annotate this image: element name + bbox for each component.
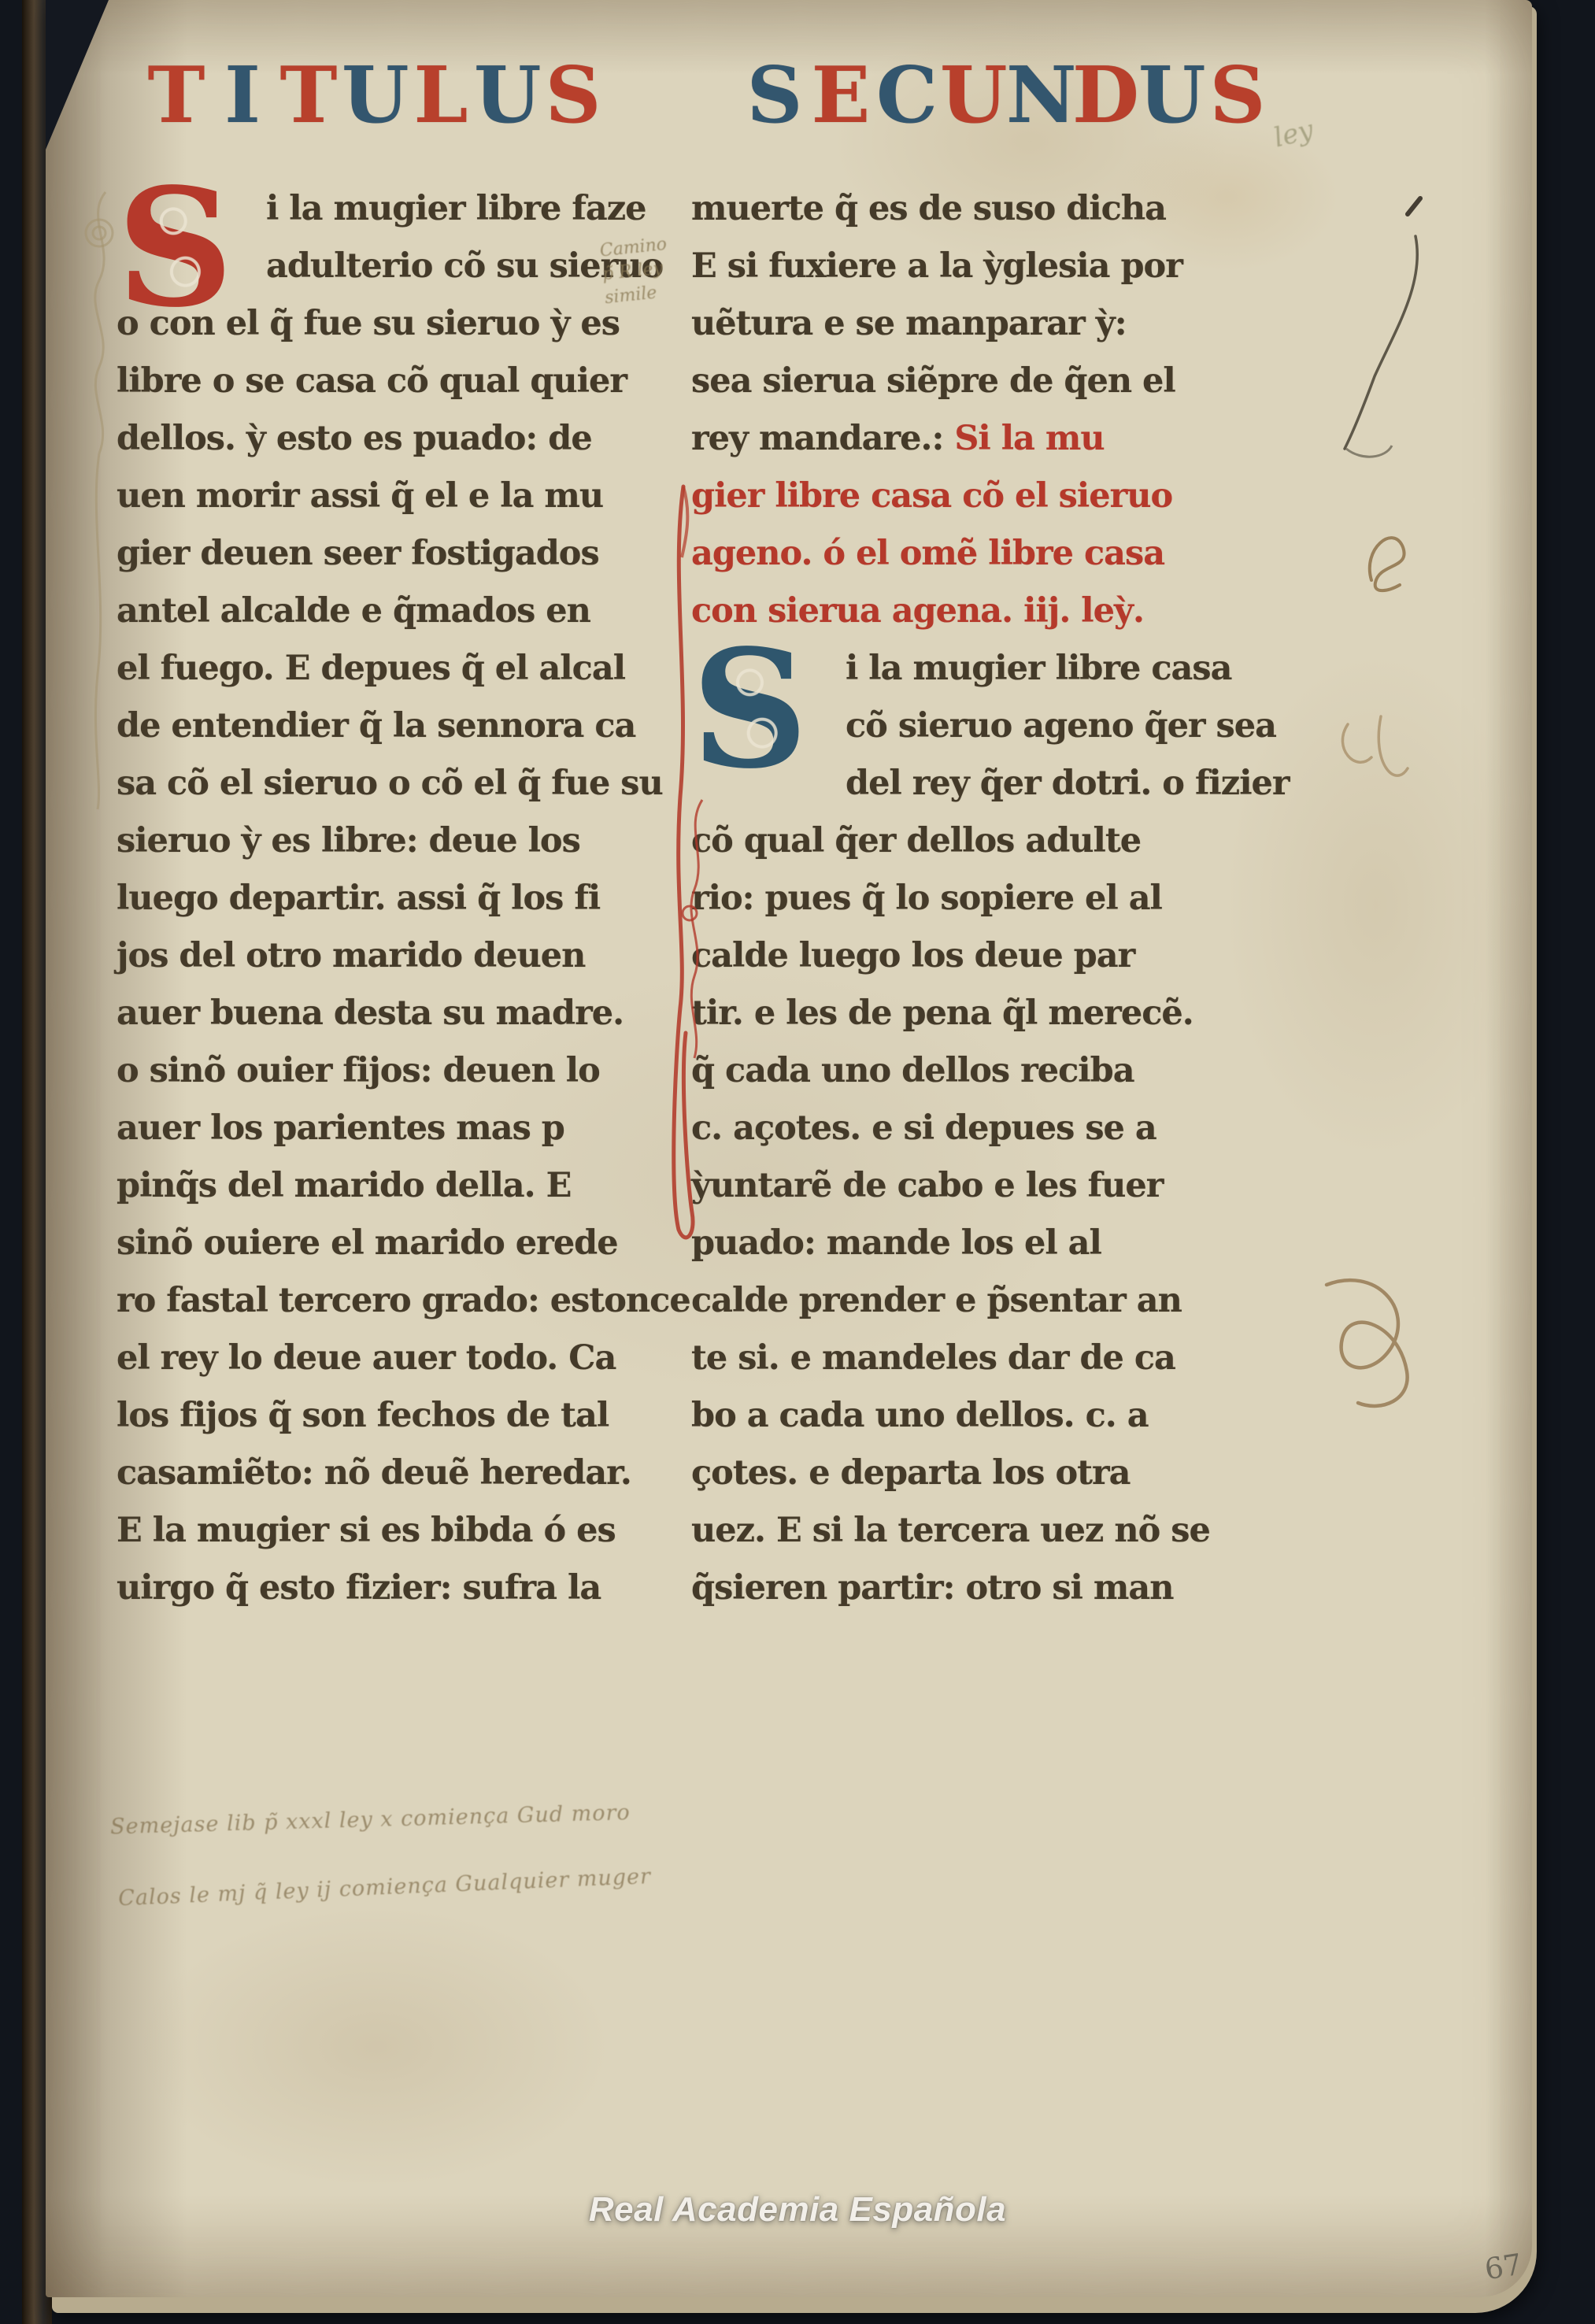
line-text: auer buena desta su madre. (117, 994, 624, 1033)
manuscript-line: calde prender e p̃sentar an (691, 1281, 1250, 1338)
line-text: uẽtura e se manparar ỳ: (691, 304, 1127, 343)
title-letter: D (1072, 52, 1138, 140)
line-text: te si. e mandeles dar de ca (691, 1338, 1175, 1378)
text-column-left: Si la mugier libre fazeadulterio cõ su s… (117, 189, 668, 1626)
manuscript-line: auer buena desta su madre. (117, 994, 668, 1051)
title-letter: E (808, 52, 874, 140)
line-text: rey mandare.: (691, 419, 954, 458)
manuscript-line: te si. e mandeles dar de ca (691, 1338, 1250, 1396)
line-text: del rey q̃er dotri. o fizier (846, 764, 1290, 803)
manuscript-line: ro fastal tercero grado: estonce (117, 1281, 668, 1338)
line-text: bo a cada uno dellos. c. a (691, 1396, 1149, 1435)
line-text: muerte q̃ es de suso dicha (691, 189, 1166, 228)
manuscript-line: çotes. e departa los otra (691, 1453, 1250, 1511)
line-text: antel alcalde e q̃mados en (117, 591, 590, 631)
manuscript-line: casamiẽto: nõ deuẽ heredar. (117, 1453, 668, 1511)
line-text: c. açotes. e si depues se a (691, 1108, 1156, 1148)
manuscript-line: el rey lo deue auer todo. Ca (117, 1338, 668, 1396)
line-text: cõ sieruo ageno q̃er sea (846, 706, 1276, 746)
line-text: sieruo ỳ es libre: deue los (117, 821, 580, 860)
manuscript-line: uen morir assi q̃ el e la mu (117, 476, 668, 534)
margin-doodle-ampersand (1356, 516, 1419, 594)
decorated-initial-red-s: S (117, 189, 266, 304)
line-text: i la mugier libre faze (266, 189, 646, 228)
manuscript-line: rio: pues q̃ lo sopiere el al (691, 879, 1250, 936)
manuscript-line: cõ qual q̃er dellos adulte (691, 821, 1250, 879)
title-letter: T (143, 52, 209, 140)
title-letter: N (1006, 52, 1072, 140)
rubric-text: Si la mu (954, 419, 1104, 458)
line-text: auer los parientes mas p (117, 1108, 564, 1148)
line-text: cõ qual q̃er dellos adulte (691, 821, 1141, 860)
manuscript-line: antel alcalde e q̃mados en (117, 591, 668, 649)
library-watermark: Real Academia Española (0, 2190, 1595, 2230)
manuscript-line: ageno. ó el omẽ libre casa (691, 534, 1250, 591)
manuscript-photo: TITULUS SECUNDUS Si la mugier libre faze… (0, 0, 1595, 2324)
title-letter: U (342, 52, 408, 140)
manuscript-line: sea sierua siẽpre de q̃en el (691, 361, 1250, 419)
line-text: el fuego. E depues q̃ el alcal (117, 649, 625, 688)
title-letter: S (742, 52, 808, 140)
manuscript-line: gier libre casa cõ el sieruo (691, 476, 1250, 534)
manuscript-line: E si fuxiere a la ỳglesia por (691, 246, 1250, 304)
line-text: çotes. e departa los otra (691, 1453, 1131, 1493)
line-text: E la mugier si es bibda ó es (117, 1511, 616, 1550)
manuscript-line: uẽtura e se manparar ỳ: (691, 304, 1250, 361)
interlinear-annotation: Camino p̃ R ley simile (599, 233, 673, 310)
line-text: calde luego los deue par (691, 936, 1134, 975)
manuscript-line: uez. E si la tercera uez nõ se (691, 1511, 1250, 1568)
manuscript-line: pinq̃s del marido della. E (117, 1166, 668, 1223)
manuscript-line: calde luego los deue par (691, 936, 1250, 994)
manuscript-line: E la mugier si es bibda ó es (117, 1511, 668, 1568)
manuscript-line: sa cõ el sieruo o cõ el q̃ fue su (117, 764, 668, 821)
manuscript-line: uirgo q̃ esto fizier: sufra la (117, 1568, 668, 1626)
line-text: o sinõ ouier fijos: deuen lo (117, 1051, 600, 1090)
line-text: calde prender e p̃sentar an (691, 1281, 1182, 1320)
line-text: dellos. ỳ esto es puado: de (117, 419, 592, 458)
line-text: luego departir. assi q̃ los fi (117, 879, 600, 918)
manuscript-line: muerte q̃ es de suso dicha (691, 189, 1250, 246)
initial-filigree-red (671, 795, 718, 1063)
manuscript-line: bo a cada uno dellos. c. a (691, 1396, 1250, 1453)
manuscript-line: auer los parientes mas p (117, 1108, 668, 1166)
manuscript-line: sinõ ouiere el marido erede (117, 1223, 668, 1281)
title-letter: L (408, 52, 474, 140)
manuscript-line: puado: mande los el al (691, 1223, 1250, 1281)
line-text: uen morir assi q̃ el e la mu (117, 476, 603, 516)
manuscript-line: o sinõ ouier fijos: deuen lo (117, 1051, 668, 1108)
folio-number: 67 (1482, 2248, 1524, 2287)
line-text: uez. E si la tercera uez nõ se (691, 1511, 1210, 1550)
manuscript-line: q̃sieren partir: otro si man (691, 1568, 1250, 1626)
manuscript-line: libre o se casa cõ qual quier (117, 361, 668, 419)
heading-secundus: SECUNDUS (742, 52, 1271, 146)
manuscript-line: rey mandare.: Si la mu (691, 419, 1250, 476)
line-text: tir. e les de pena q̃l merecẽ. (691, 994, 1193, 1033)
manuscript-line: c. açotes. e si depues se a (691, 1108, 1250, 1166)
manuscript-line: luego departir. assi q̃ los fi (117, 879, 668, 936)
line-text: sea sierua siẽpre de q̃en el (691, 361, 1175, 401)
text-column-right: muerte q̃ es de suso dichaE si fuxiere a… (691, 189, 1250, 1626)
line-text: el rey lo deue auer todo. Ca (117, 1338, 616, 1378)
line-text: q̃sieren partir: otro si man (691, 1568, 1173, 1608)
manuscript-line: el fuego. E depues q̃ el alcal (117, 649, 668, 706)
line-text: i la mugier libre casa (846, 649, 1231, 688)
title-letter: U (1138, 52, 1205, 140)
filigree-left-margin-ornament (76, 186, 123, 816)
line-text: sa cõ el sieruo o cõ el q̃ fue su (117, 764, 663, 803)
title-letter: T (276, 52, 342, 140)
rubric-text: gier libre casa cõ el sieruo (691, 476, 1172, 516)
manuscript-line: jos del otro marido deuen (117, 936, 668, 994)
manuscript-line: q̃ cada uno dellos reciba (691, 1051, 1250, 1108)
line-text: libre o se casa cõ qual quier (117, 361, 627, 401)
manuscript-line: ỳuntarẽ de cabo e les fuer (691, 1166, 1250, 1223)
rubric-text: ageno. ó el omẽ libre casa (691, 534, 1164, 573)
title-letter: U (940, 52, 1006, 140)
line-text: casamiẽto: nõ deuẽ heredar. (117, 1453, 631, 1493)
line-text: uirgo q̃ esto fizier: sufra la (117, 1568, 601, 1608)
line-text: gier deuen seer fostigados (117, 534, 599, 573)
manuscript-line: tir. e les de pena q̃l merecẽ. (691, 994, 1250, 1051)
line-text: rio: pues q̃ lo sopiere el al (691, 879, 1162, 918)
line-text: E si fuxiere a la ỳglesia por (691, 246, 1182, 286)
line-text: de entendier q̃ la sennora ca (117, 706, 635, 746)
line-text: jos del otro marido deuen (117, 936, 585, 975)
line-text: q̃ cada uno dellos reciba (691, 1051, 1134, 1090)
manuscript-line: de entendier q̃ la sennora ca (117, 706, 668, 764)
line-text: pinq̃s del marido della. E (117, 1166, 571, 1205)
heading-titulus: TITULUS (143, 52, 606, 146)
pen-trial-curve (1299, 165, 1441, 464)
line-text: puado: mande los el al (691, 1223, 1101, 1263)
line-text: ỳuntarẽ de cabo e les fuer (691, 1166, 1163, 1205)
decorated-initial-blue-s: S (691, 650, 846, 765)
manuscript-line: dellos. ỳ esto es puado: de (117, 419, 668, 476)
line-text: los fijos q̃ son fechos de tal (117, 1396, 609, 1435)
manuscript-line: gier deuen seer fostigados (117, 534, 668, 591)
title-letter: C (874, 52, 940, 140)
title-letter: S (1205, 52, 1271, 140)
title-letter: U (474, 52, 540, 140)
title-letter: I (209, 52, 276, 140)
line-text: ro fastal tercero grado: estonce (117, 1281, 690, 1320)
title-letter: S (540, 52, 606, 140)
manuscript-line: los fijos q̃ son fechos de tal (117, 1396, 668, 1453)
margin-doodle-loops (1303, 1260, 1437, 1425)
manuscript-line: sieruo ỳ es libre: deue los (117, 821, 668, 879)
margin-doodle-curls (1324, 693, 1419, 803)
line-text: sinõ ouiere el marido erede (117, 1223, 618, 1263)
